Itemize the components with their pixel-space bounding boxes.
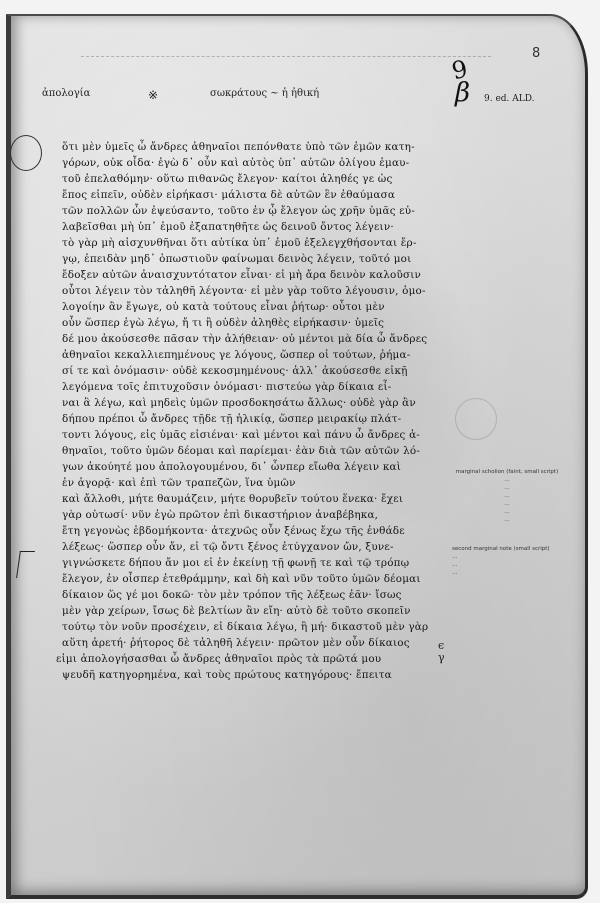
- text-line: ὅτι μὲν ὑμεῖς ὦ ἄνδρες ἀθηναῖοι πεπόνθατ…: [62, 139, 452, 155]
- scholion-line: …: [452, 484, 562, 492]
- text-line: ἔτη γεγονὼς ἑβδομήκοντα· ἀτεχνῶς οὖν ξέν…: [62, 523, 452, 539]
- scholion-line: …: [452, 553, 562, 561]
- text-line: λεγόμενα τοῖς ἐπιτυχοῦσιν ὀνόμασι· πιστε…: [62, 379, 452, 395]
- scholion-line: …: [452, 508, 562, 516]
- text-line: οὗτοι λέγειν τὸν τἀληθῆ λέγοντα· εἰ μὲν …: [62, 283, 452, 299]
- ornament-icon: ※: [148, 88, 158, 102]
- edition-note: 9. ed. ALD.: [484, 94, 535, 104]
- siglum: γ: [438, 652, 445, 664]
- running-title-center: σωκράτους ~ ἡ ἠθική: [210, 88, 319, 99]
- text-line: δήπου πρέποι ὦ ἄνδρες τῇδε τῇ ἡλικίᾳ, ὥσ…: [62, 411, 452, 427]
- text-line: ἔδοξεν αὐτῶν ἀναισχυντότατον εἶναι· εἰ μ…: [62, 267, 452, 283]
- text-line: γιγνώσκετε δήπου ἄν μοι εἰ ἐν ἐκείνῃ τῇ …: [62, 555, 452, 571]
- text-line: μὲν γὰρ χείρων, ἴσως δὲ βελτίων ἂν εἴη· …: [62, 603, 452, 619]
- margin-sigla: ϵγ: [438, 640, 445, 664]
- scholion-line: …: [452, 500, 562, 508]
- ruled-guideline: [81, 56, 491, 57]
- text-line: γων ἀκούητέ μου ἀπολογουμένου, δι᾽ ὧνπερ…: [62, 459, 452, 475]
- scholion-line: …: [452, 492, 562, 500]
- text-line: ἔπος εἰπεῖν, οὐδὲν εἰρήκασι· μάλιστα δὲ …: [62, 187, 452, 203]
- marginal-scholion: marginal scholion (faint, small script)……: [452, 468, 562, 524]
- scholion-line: second marginal note (small script): [452, 545, 562, 553]
- text-line: ἐν ἀγορᾷ· καὶ ἐπὶ τῶν τραπεζῶν, ἵνα ὑμῶν: [62, 475, 452, 491]
- marginal-note: second marginal note (small script)………: [452, 545, 562, 577]
- text-line: οὖν ὥσπερ ἐγὼ λέγω, ἤ τι ἢ οὐδὲν ἀληθὲς …: [62, 315, 452, 331]
- text-line: τούτῳ τὸν νοῦν προσέχειν, εἰ δίκαια λέγω…: [62, 619, 452, 635]
- scholion-line: …: [452, 561, 562, 569]
- scholion-line: …: [452, 476, 562, 484]
- text-line: εἰμι ἀπολογήσασθαι ὦ ἄνδρες ἀθηναῖοι πρὸ…: [56, 651, 452, 667]
- text-line: τοντι λόγους, εἰς ὑμᾶς εἰσιέναι· καὶ μέν…: [62, 427, 452, 443]
- text-line: γὰρ οὑτωσί· νῦν ἐγὼ πρῶτον ἐπὶ δικαστήρι…: [62, 507, 452, 523]
- scholion-line: …: [452, 569, 562, 577]
- running-title-left: ἀπολογία: [42, 88, 90, 99]
- library-stamp: [455, 398, 497, 440]
- text-line: θηναῖοι, τοῦτο ὑμῶν δέομαι καὶ παρίεμαι·…: [62, 443, 452, 459]
- text-line: δέ μου ἀκούσεσθε πᾶσαν τὴν ἀλήθειαν· οὐ …: [62, 331, 452, 347]
- scholion-line: marginal scholion (faint, small script): [452, 468, 562, 476]
- text-line: σί τε καὶ ὀνόμασιν· οὐδὲ κεκοσμημένους· …: [62, 363, 452, 379]
- text-line: γόρων, οὐκ οἶδα· ἐγὼ δ᾽ οὖν καὶ αὐτὸς ὑπ…: [62, 155, 452, 171]
- text-line: καὶ ἄλλοθι, μήτε θαυμάζειν, μήτε θορυβεῖ…: [62, 491, 452, 507]
- scholion-line: …: [452, 516, 562, 524]
- text-line: λογοίην ἂν ἔγωγε, οὐ κατὰ τούτους εἶναι …: [62, 299, 452, 315]
- shelfmark: β: [455, 78, 470, 108]
- text-line: τὸ γὰρ μὴ αἰσχυνθῆναι ὅτι αὐτίκα ὑπ᾽ ἐμο…: [62, 235, 452, 251]
- text-line: γῳ, ἐπειδὰν μηδ᾽ ὁπωστιοῦν φαίνωμαι δειν…: [62, 251, 452, 267]
- folio-number: 8: [532, 46, 540, 61]
- text-line: ἀθηναῖοι κεκαλλιεπημένους γε λόγους, ὥσπ…: [62, 347, 452, 363]
- text-line: τῶν πολλῶν ὧν ἐψεύσαντο, τοῦτο ἐν ᾧ ἔλεγ…: [62, 203, 452, 219]
- decorated-initial: [10, 135, 42, 171]
- text-line: ἔλεγον, ἐν οἷσπερ ἐτεθράμμην, καὶ δὴ καὶ…: [62, 571, 452, 587]
- text-line: ναι ἃ λέγω, καὶ μηδεὶς ὑμῶν προσδοκησάτω…: [62, 395, 452, 411]
- text-line: λαβεῖσθαι μὴ ὑπ᾽ ἐμοῦ ἐξαπατηθῆτε ὡς δει…: [62, 219, 452, 235]
- text-line: λέξεως· ὥσπερ οὖν ἄν, εἰ τῷ ὄντι ξένος ἐ…: [62, 539, 452, 555]
- text-line: αὕτη ἀρετή· ῥήτορος δὲ τἀληθῆ λέγειν· πρ…: [62, 635, 452, 651]
- text-line: τοῦ ἐπελαθόμην· οὕτω πιθανῶς ἔλεγον· καί…: [62, 171, 452, 187]
- main-text-column: ὅτι μὲν ὑμεῖς ὦ ἄνδρες ἀθηναῖοι πεπόνθατ…: [62, 139, 452, 683]
- text-line: ψευδῆ κατηγορημένα, καὶ τοὺς πρώτους κατ…: [62, 667, 452, 683]
- text-line: δίκαιον ὥς γέ μοι δοκῶ· τὸν μὲν τρόπον τ…: [62, 587, 452, 603]
